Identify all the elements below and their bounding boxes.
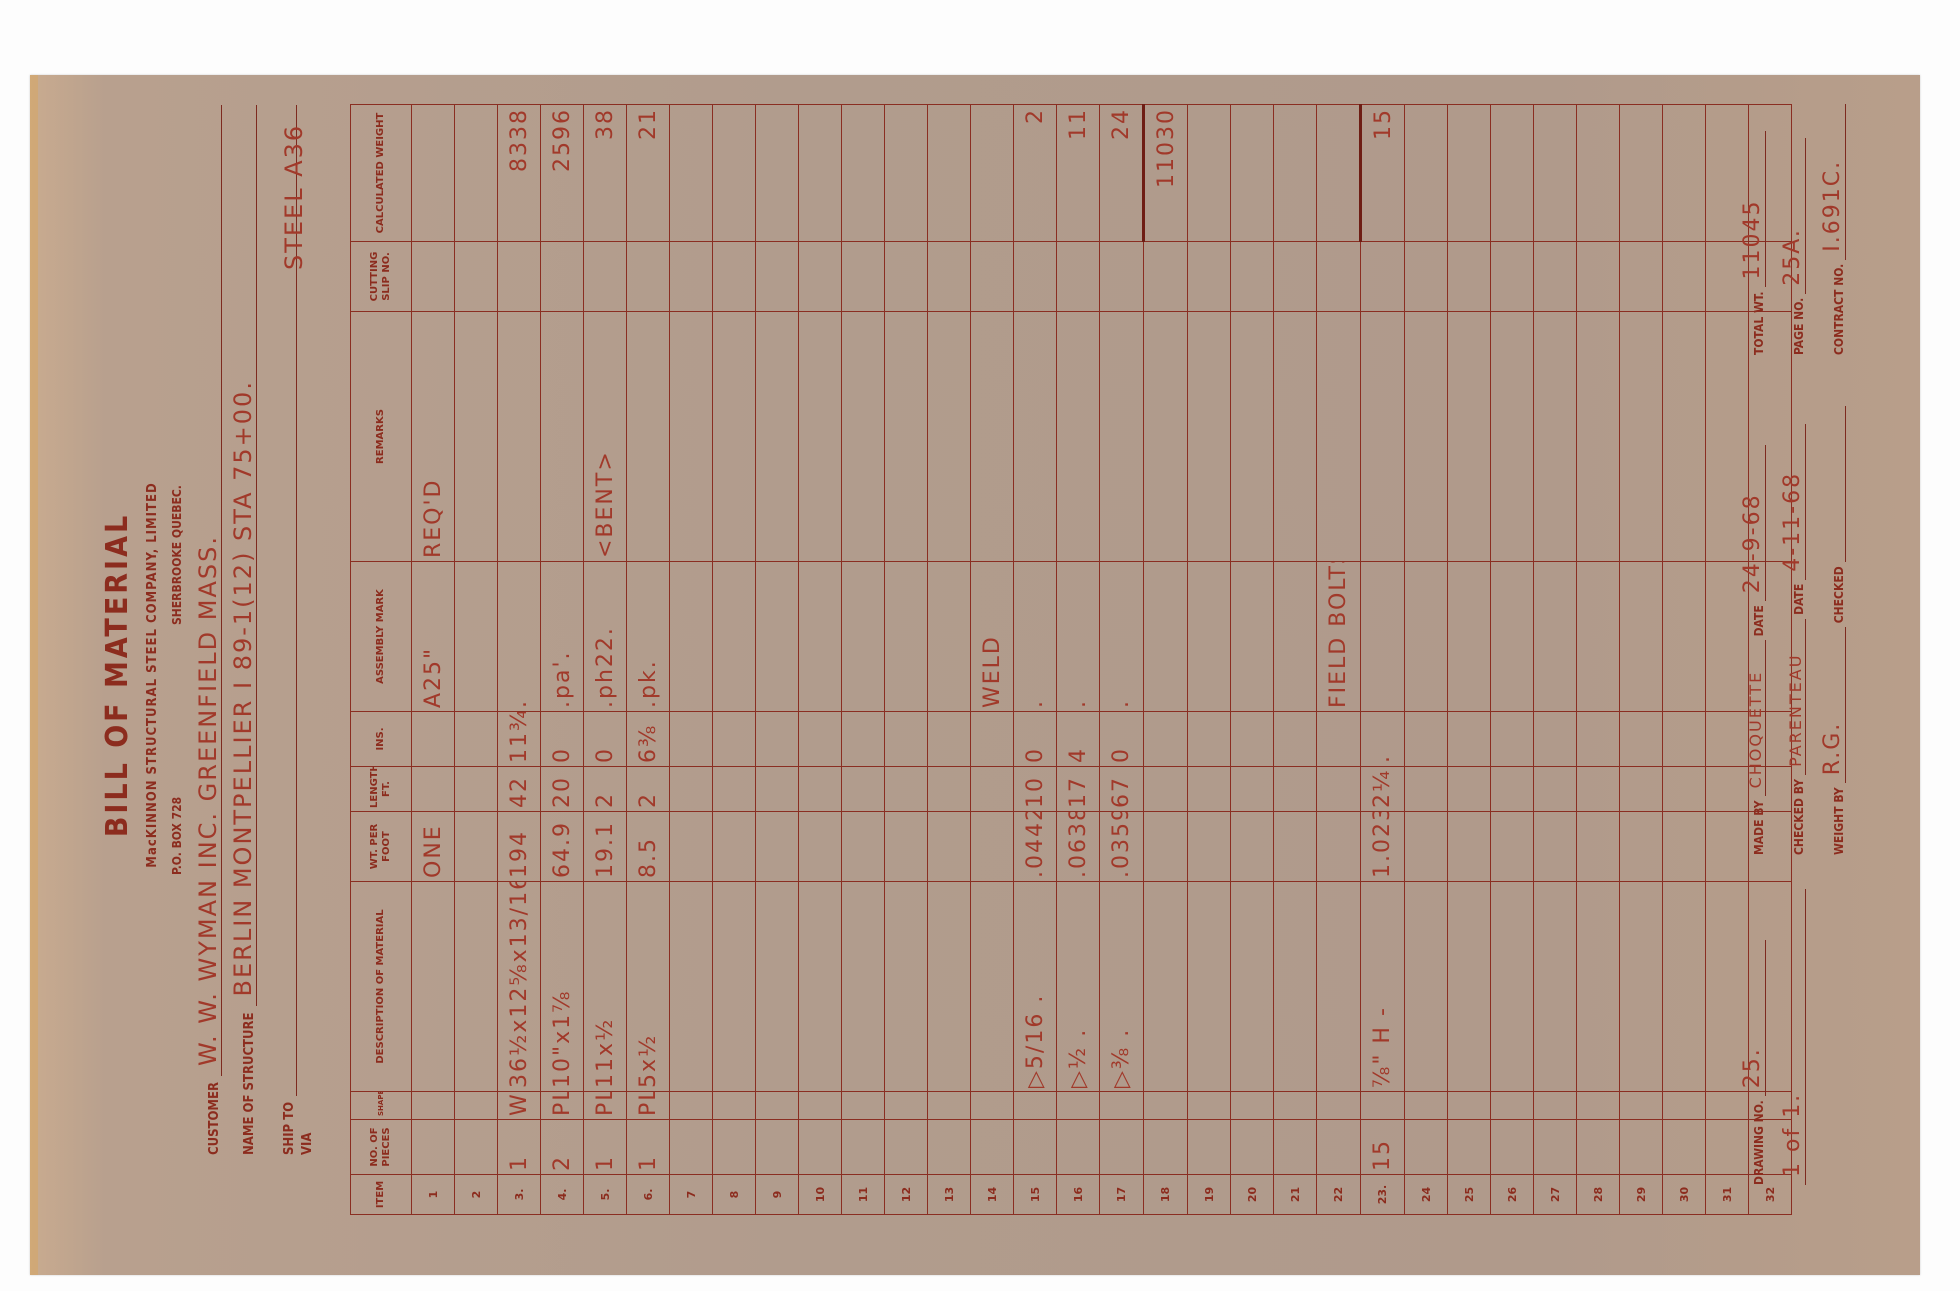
item-number: 4. — [541, 1175, 584, 1215]
length-ft-cell — [1448, 767, 1491, 812]
cutting-slip-cell — [541, 242, 584, 312]
length-ins-cell — [842, 712, 885, 767]
calculated-weight-cell: 11030 — [1144, 105, 1188, 242]
length-ft-cell — [713, 767, 756, 812]
item-number: 14 — [971, 1175, 1014, 1215]
length-ft-cell — [1188, 767, 1231, 812]
calculated-weight-cell — [756, 105, 799, 242]
shape-cell — [1577, 1092, 1620, 1120]
length-ins-cell — [1274, 712, 1317, 767]
calculated-weight-cell — [1491, 105, 1534, 242]
length-ft-cell — [1144, 767, 1188, 812]
calculated-weight-cell — [670, 105, 713, 242]
assembly-mark-cell — [1274, 562, 1317, 712]
length-ins-cell — [1448, 712, 1491, 767]
description-cell — [1405, 882, 1448, 1092]
item-number: 6. — [627, 1175, 670, 1215]
cutting-slip-cell — [799, 242, 842, 312]
wt-per-foot-cell: 64.9 — [541, 812, 584, 882]
total-wt-label: TOTAL WT. — [1752, 287, 1766, 355]
assembly-mark-cell: A25" — [412, 562, 455, 712]
cutting-slip-cell — [1144, 242, 1188, 312]
length-ins-cell: 6⅜ — [627, 712, 670, 767]
calculated-weight-cell: 11 — [1057, 105, 1100, 242]
table-row: 7 — [670, 105, 713, 1215]
wt-per-foot-cell: ONE — [412, 812, 455, 882]
col-length-ins: INS. — [351, 712, 412, 767]
calculated-weight-cell: 2 — [1014, 105, 1057, 242]
checked-date-label: DATE — [1792, 580, 1806, 619]
wt-per-foot-cell — [1491, 812, 1534, 882]
item-number: 9 — [756, 1175, 799, 1215]
description-cell: 10"x1⅞ — [541, 882, 584, 1092]
shape-cell — [1663, 1092, 1706, 1120]
remarks-cell — [1144, 312, 1188, 562]
made-by-value: CHOQUETTE — [1746, 640, 1766, 796]
assembly-mark-cell — [1491, 562, 1534, 712]
item-number: 25 — [1448, 1175, 1491, 1215]
checked-date-value: 4-11-68 — [1780, 424, 1806, 580]
table-row: 23.15⅞" H -1.023 x2¼.15 — [1361, 105, 1405, 1215]
calculated-weight-cell — [1620, 105, 1663, 242]
calculated-weight-cell — [971, 105, 1014, 242]
weight-by-label: WEIGHT BY — [1832, 783, 1846, 855]
length-ft-cell — [1663, 767, 1706, 812]
drawing-no-field: DRAWING NO. 25. — [1740, 940, 1766, 1185]
shape-cell — [928, 1092, 971, 1120]
length-ft-cell: 42 — [498, 767, 541, 812]
shape-cell — [842, 1092, 885, 1120]
length-ft-cell — [971, 767, 1014, 812]
length-ins-cell — [412, 712, 455, 767]
item-number: 11 — [842, 1175, 885, 1215]
description-cell — [1231, 882, 1274, 1092]
assembly-mark-cell: . — [498, 562, 541, 712]
wt-per-foot-cell — [756, 812, 799, 882]
assembly-mark-cell — [1448, 562, 1491, 712]
pieces-cell — [885, 1120, 928, 1175]
length-ins-cell — [1663, 712, 1706, 767]
calculated-weight-cell: 2596 — [541, 105, 584, 242]
length-ft-cell — [799, 767, 842, 812]
remarks-cell — [842, 312, 885, 562]
pieces-cell — [1448, 1120, 1491, 1175]
structure-label: NAME OF STRUCTURE — [242, 1006, 257, 1155]
item-number: 13 — [928, 1175, 971, 1215]
description-cell — [713, 882, 756, 1092]
assembly-mark-cell: .pa'. — [541, 562, 584, 712]
shape-cell — [455, 1092, 498, 1120]
remarks-cell — [799, 312, 842, 562]
table-row: 28 — [1577, 105, 1620, 1215]
length-ft-cell — [885, 767, 928, 812]
weight-by-field: WEIGHT BY R.G. CHECKED — [1820, 406, 1846, 855]
remarks-cell — [1014, 312, 1057, 562]
pieces-cell: 15 — [1361, 1120, 1405, 1175]
pieces-cell — [799, 1120, 842, 1175]
cutting-slip-cell — [1231, 242, 1274, 312]
col-item: ITEM — [351, 1175, 412, 1215]
wt-per-foot-cell — [1577, 812, 1620, 882]
shape-cell — [1448, 1092, 1491, 1120]
contract-no-label: CONTRACT NO. — [1832, 260, 1846, 355]
remarks-cell — [1317, 312, 1361, 562]
cutting-slip-cell — [1620, 242, 1663, 312]
description-cell — [885, 882, 928, 1092]
table-row: 13 — [928, 105, 971, 1215]
contract-no-field: CONTRACT NO. I.691C. — [1820, 104, 1846, 355]
cutting-slip-cell — [1577, 242, 1620, 312]
item-number: 22 — [1317, 1175, 1361, 1215]
table-row: 1ONEA25"REQ'D — [412, 105, 455, 1215]
length-ins-cell: 0 — [1100, 712, 1144, 767]
shape-cell — [713, 1092, 756, 1120]
paper-edge — [30, 75, 38, 1275]
wt-per-foot-cell: .0638 — [1057, 812, 1100, 882]
checked-by-field: CHECKED BY PARENTEAU DATE 4-11-68 — [1780, 424, 1806, 855]
wt-per-foot-cell — [885, 812, 928, 882]
company-city: SHERBROOKE QUEBEC. — [170, 485, 184, 625]
length-ins-cell — [928, 712, 971, 767]
cutting-slip-cell — [842, 242, 885, 312]
remarks-cell — [1663, 312, 1706, 562]
assembly-mark-cell: . — [1100, 562, 1144, 712]
length-ft-cell — [1534, 767, 1577, 812]
cutting-slip-cell — [627, 242, 670, 312]
shape-cell: PL — [541, 1092, 584, 1120]
col-assembly-mark: ASSEMBLY MARK — [351, 562, 412, 712]
cutting-slip-cell — [1188, 242, 1231, 312]
remarks-cell — [885, 312, 928, 562]
page-no-field: PAGE NO. 25A. — [1780, 138, 1806, 355]
structure-value: BERLIN MONTPELLIER I 89-1(12) STA 75+00. — [230, 105, 257, 1006]
total-wt-value: 11045 — [1740, 131, 1766, 287]
shape-cell — [971, 1092, 1014, 1120]
wt-per-foot-cell — [455, 812, 498, 882]
remarks-cell — [756, 312, 799, 562]
made-by-field: MADE BY CHOQUETTE DATE 24-9-68 — [1740, 445, 1766, 855]
calculated-weight-cell: 21 — [627, 105, 670, 242]
sheet-field: 1 of 1. — [1780, 889, 1806, 1185]
assembly-mark-cell — [1361, 562, 1405, 712]
table-header-row: ITEM NO. OF PIECES SHAPE DESCRIPTION OF … — [351, 105, 412, 1215]
length-ft-cell — [928, 767, 971, 812]
description-cell: ▷½ . — [1057, 882, 1100, 1092]
assembly-mark-cell: .pk. — [627, 562, 670, 712]
assembly-mark-cell: . — [1057, 562, 1100, 712]
col-remarks: REMARKS — [351, 312, 412, 562]
item-number: 1 — [412, 1175, 455, 1215]
length-ft-cell — [1317, 767, 1361, 812]
length-ins-cell — [713, 712, 756, 767]
item-number: 29 — [1620, 1175, 1663, 1215]
remarks-cell — [1577, 312, 1620, 562]
assembly-mark-cell — [1405, 562, 1448, 712]
remarks-cell — [1534, 312, 1577, 562]
assembly-mark-cell — [1663, 562, 1706, 712]
length-ft-cell: 2¼ — [1361, 767, 1405, 812]
assembly-mark-cell: .ph22. — [584, 562, 627, 712]
length-ins-cell — [885, 712, 928, 767]
remarks-cell — [971, 312, 1014, 562]
col-description: DESCRIPTION OF MATERIAL — [351, 882, 412, 1092]
length-ins-cell: 11¾ — [498, 712, 541, 767]
table-row: 2 — [455, 105, 498, 1215]
pieces-cell — [928, 1120, 971, 1175]
length-ins-cell — [1144, 712, 1188, 767]
length-ft-cell: 17 — [1057, 767, 1100, 812]
description-cell — [1448, 882, 1491, 1092]
shape-cell — [1057, 1092, 1100, 1120]
pieces-cell — [1144, 1120, 1188, 1175]
table-row: 9 — [756, 105, 799, 1215]
cutting-slip-cell — [455, 242, 498, 312]
length-ft-cell — [670, 767, 713, 812]
remarks-cell — [1448, 312, 1491, 562]
table-row: 5.1PL11x½19.120.ph22.<BENT>38 — [584, 105, 627, 1215]
length-ins-cell — [1317, 712, 1361, 767]
length-ft-cell — [1231, 767, 1274, 812]
pieces-cell — [412, 1120, 455, 1175]
page-no-label: PAGE NO. — [1792, 294, 1806, 355]
remarks-cell — [1100, 312, 1144, 562]
wt-per-foot-cell — [1144, 812, 1188, 882]
cutting-slip-cell — [1405, 242, 1448, 312]
cutting-slip-cell — [1534, 242, 1577, 312]
item-number: 8 — [713, 1175, 756, 1215]
item-number: 20 — [1231, 1175, 1274, 1215]
pieces-cell — [1014, 1120, 1057, 1175]
assembly-mark-cell — [885, 562, 928, 712]
wt-per-foot-cell: .0442 — [1014, 812, 1057, 882]
shape-cell — [1534, 1092, 1577, 1120]
description-cell: ▷⅜ . — [1100, 882, 1144, 1092]
length-ft-cell: 20 — [541, 767, 584, 812]
calculated-weight-cell — [1188, 105, 1231, 242]
remarks-cell — [627, 312, 670, 562]
description-cell — [455, 882, 498, 1092]
pieces-cell: 2 — [541, 1120, 584, 1175]
description-cell — [971, 882, 1014, 1092]
checked-label: CHECKED — [1832, 562, 1846, 627]
item-number: 5. — [584, 1175, 627, 1215]
table-row: 4.2PL10"x1⅞64.9200.pa'.2596 — [541, 105, 584, 1215]
length-ft-cell: 67 — [1100, 767, 1144, 812]
description-cell — [1534, 882, 1577, 1092]
cutting-slip-cell — [713, 242, 756, 312]
cutting-slip-cell — [1663, 242, 1706, 312]
table-row: 29 — [1620, 105, 1663, 1215]
col-shape: SHAPE — [351, 1092, 412, 1120]
table-row: 17▷⅜ ..0359670.24 — [1100, 105, 1144, 1215]
wt-per-foot-cell: 194 — [498, 812, 541, 882]
pieces-cell — [713, 1120, 756, 1175]
calculated-weight-cell — [1317, 105, 1361, 242]
col-calculated-weight: CALCULATED WEIGHT — [351, 105, 412, 242]
drawing-no-value: 25. — [1740, 940, 1766, 1096]
shape-cell: WF — [498, 1092, 541, 1120]
length-ft-cell: 10 — [1014, 767, 1057, 812]
via-label: VIA — [300, 1127, 315, 1155]
col-length: LENGTH — [369, 767, 380, 809]
table-row: 6.1PL5x½8.526⅜.pk.21 — [627, 105, 670, 1215]
length-ins-cell — [1534, 712, 1577, 767]
calculated-weight-cell: 15 — [1361, 105, 1405, 242]
length-ins-cell: 0 — [584, 712, 627, 767]
pieces-cell — [1620, 1120, 1663, 1175]
length-ins-cell — [1577, 712, 1620, 767]
length-ins-cell: . — [1361, 712, 1405, 767]
shape-cell — [670, 1092, 713, 1120]
item-number: 23. — [1361, 1175, 1405, 1215]
table-row: 16▷½ ..0638174.11 — [1057, 105, 1100, 1215]
length-ft-cell: 2 — [584, 767, 627, 812]
calculated-weight-cell — [455, 105, 498, 242]
remarks-cell — [541, 312, 584, 562]
length-ins-cell — [670, 712, 713, 767]
wt-per-foot-cell: .0359 — [1100, 812, 1144, 882]
table-row: 24 — [1405, 105, 1448, 1215]
shape-cell — [1620, 1092, 1663, 1120]
shape-cell — [1188, 1092, 1231, 1120]
pieces-cell — [1057, 1120, 1100, 1175]
total-wt-field: TOTAL WT. 11045 — [1740, 131, 1766, 355]
length-ft-cell — [1274, 767, 1317, 812]
remarks-cell — [713, 312, 756, 562]
cutting-slip-cell — [1100, 242, 1144, 312]
remarks-cell — [498, 312, 541, 562]
weight-by-value: R.G. — [1820, 627, 1846, 783]
pieces-cell: 1 — [627, 1120, 670, 1175]
calculated-weight-cell — [412, 105, 455, 242]
table-row: 11 — [842, 105, 885, 1215]
calculated-weight-cell — [842, 105, 885, 242]
shape-cell: PL — [584, 1092, 627, 1120]
description-cell — [1491, 882, 1534, 1092]
item-number: 27 — [1534, 1175, 1577, 1215]
shape-cell — [1231, 1092, 1274, 1120]
pieces-cell — [1188, 1120, 1231, 1175]
description-cell — [799, 882, 842, 1092]
description-cell — [1144, 882, 1188, 1092]
length-ins-cell — [799, 712, 842, 767]
description-cell — [1317, 882, 1361, 1092]
description-cell — [1188, 882, 1231, 1092]
pieces-cell — [1231, 1120, 1274, 1175]
pieces-cell: 1 — [498, 1120, 541, 1175]
pieces-cell — [1577, 1120, 1620, 1175]
steel-grade-note: STEEL A36 — [280, 124, 308, 270]
calculated-weight-cell — [928, 105, 971, 242]
shape-cell — [1100, 1092, 1144, 1120]
table-row: 14WELD — [971, 105, 1014, 1215]
calculated-weight-cell — [1274, 105, 1317, 242]
item-number: 7 — [670, 1175, 713, 1215]
description-cell — [412, 882, 455, 1092]
calculated-weight-cell — [1663, 105, 1706, 242]
pieces-cell — [971, 1120, 1014, 1175]
shape-cell — [1405, 1092, 1448, 1120]
cutting-slip-cell — [928, 242, 971, 312]
item-number: 17 — [1100, 1175, 1144, 1215]
calculated-weight-cell: 38 — [584, 105, 627, 242]
pieces-cell — [842, 1120, 885, 1175]
table-row: 10 — [799, 105, 842, 1215]
structure-field: NAME OF STRUCTURE BERLIN MONTPELLIER I 8… — [230, 105, 257, 1155]
shape-cell — [1144, 1092, 1188, 1120]
calculated-weight-cell — [1534, 105, 1577, 242]
calculated-weight-cell — [799, 105, 842, 242]
description-cell — [1577, 882, 1620, 1092]
length-ft-cell — [412, 767, 455, 812]
col-length-ft: LENGTHFT. — [351, 767, 412, 812]
remarks-cell — [1491, 312, 1534, 562]
item-number: 26 — [1491, 1175, 1534, 1215]
length-ft-cell — [1620, 767, 1663, 812]
cutting-slip-cell — [670, 242, 713, 312]
assembly-mark-cell — [455, 562, 498, 712]
calculated-weight-cell: 24 — [1100, 105, 1144, 242]
length-ft-cell — [455, 767, 498, 812]
wt-per-foot-cell — [1317, 812, 1361, 882]
length-ins-cell: 0 — [541, 712, 584, 767]
remarks-cell: <BENT> — [584, 312, 627, 562]
pieces-cell — [670, 1120, 713, 1175]
item-number: 30 — [1663, 1175, 1706, 1215]
pieces-cell — [1534, 1120, 1577, 1175]
pieces-cell — [1663, 1120, 1706, 1175]
item-number: 28 — [1577, 1175, 1620, 1215]
wt-per-foot-cell — [842, 812, 885, 882]
pieces-cell — [1491, 1120, 1534, 1175]
length-ft-cell — [756, 767, 799, 812]
col-cutting-slip: CUTTING SLIP NO. — [351, 242, 412, 312]
customer-label: CUSTOMER — [207, 1076, 222, 1155]
cutting-slip-cell — [1057, 242, 1100, 312]
cutting-slip-cell — [498, 242, 541, 312]
checked-by-value: PARENTEAU — [1786, 619, 1806, 775]
calculated-weight-cell — [885, 105, 928, 242]
made-by-label: MADE BY — [1752, 796, 1766, 855]
table-row: 3.1WF36½x12⅝x13/161944211¾.8338 — [498, 105, 541, 1215]
wt-per-foot-cell — [971, 812, 1014, 882]
wt-per-foot-cell — [1534, 812, 1577, 882]
po-box: P.O. BOX 728 — [170, 797, 184, 875]
wt-per-foot-cell — [1188, 812, 1231, 882]
assembly-mark-cell: WELD — [971, 562, 1014, 712]
wt-per-foot-cell — [670, 812, 713, 882]
description-cell: 36½x12⅝x13/16 — [498, 882, 541, 1092]
length-ins-cell — [1491, 712, 1534, 767]
remarks-cell: REQ'D — [412, 312, 455, 562]
length-ft-cell — [1577, 767, 1620, 812]
assembly-mark-cell: FIELD BOLTS — [1317, 562, 1361, 712]
cutting-slip-cell — [885, 242, 928, 312]
description-cell — [1620, 882, 1663, 1092]
shape-cell — [1491, 1092, 1534, 1120]
table-row: 20 — [1231, 105, 1274, 1215]
length-ft-cell — [1405, 767, 1448, 812]
shape-cell: PL — [627, 1092, 670, 1120]
remarks-cell — [1274, 312, 1317, 562]
description-cell — [670, 882, 713, 1092]
description-cell: 5x½ — [627, 882, 670, 1092]
assembly-mark-cell — [799, 562, 842, 712]
material-table: ITEM NO. OF PIECES SHAPE DESCRIPTION OF … — [350, 104, 1792, 1215]
remarks-cell — [670, 312, 713, 562]
cutting-slip-cell — [1274, 242, 1317, 312]
shape-cell — [885, 1092, 928, 1120]
